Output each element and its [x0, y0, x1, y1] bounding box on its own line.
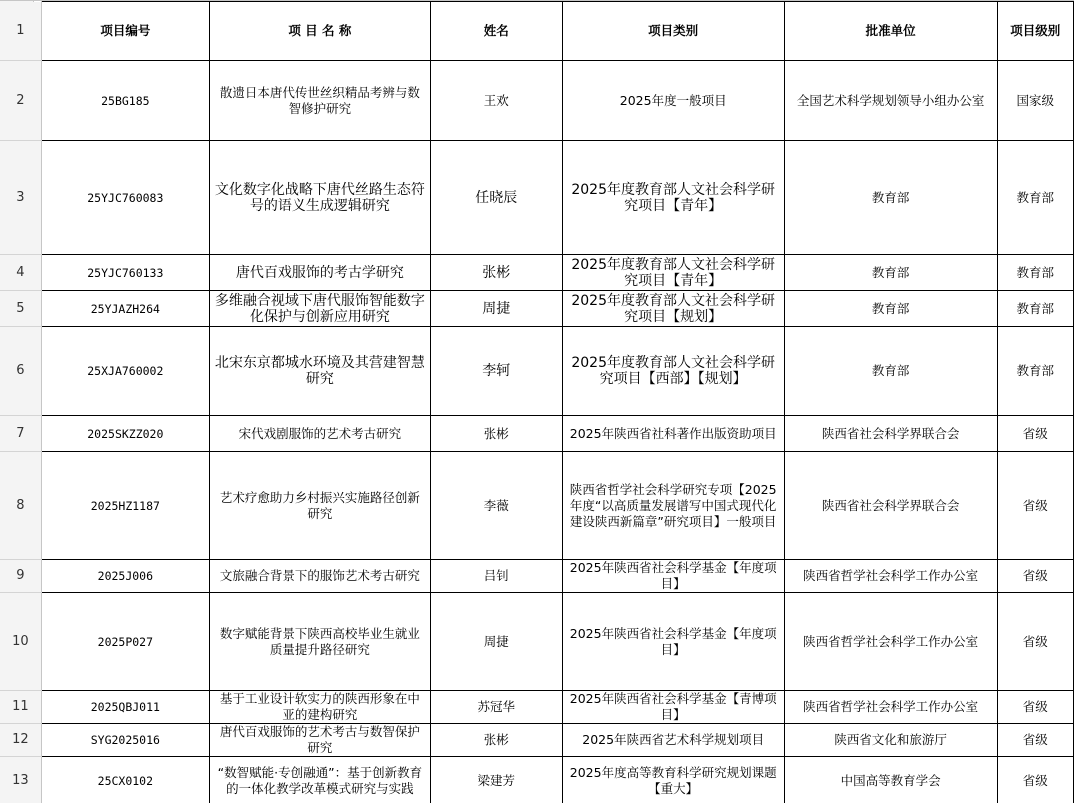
cell-project-name[interactable]: “数智赋能·专创融通”：基于创新教育的一体化教学改革模式研究与实践 [209, 757, 430, 803]
cell-project-category[interactable]: 2025年度一般项目 [562, 61, 784, 141]
row-number[interactable]: 6 [0, 327, 41, 416]
cell-project-code[interactable]: 25XJA760002 [41, 327, 209, 416]
table-row: 4 25YJC760133 唐代百戏服饰的考古学研究 张彬 2025年度教育部人… [0, 255, 1074, 291]
row-number[interactable]: 1 [0, 2, 41, 61]
row-number[interactable]: 9 [0, 560, 41, 593]
cell-project-level[interactable]: 省级 [997, 416, 1073, 452]
cell-project-code[interactable]: 2025QBJ011 [41, 691, 209, 724]
cell-person-name[interactable]: 吕钊 [430, 560, 562, 593]
cell-project-code[interactable]: 25YJC760083 [41, 141, 209, 255]
cell-project-name[interactable]: 唐代百戏服饰的艺术考古与数智保护研究 [209, 724, 430, 757]
cell-project-level[interactable]: 省级 [997, 724, 1073, 757]
cell-project-name[interactable]: 基于工业设计软实力的陕西形象在中亚的建构研究 [209, 691, 430, 724]
table-row: 5 25YJAZH264 多维融合视域下唐代服饰智能数字化保护与创新应用研究 周… [0, 291, 1074, 327]
cell-project-category[interactable]: 2025年度高等教育科学研究规划课题【重大】 [562, 757, 784, 803]
cell-approving-unit[interactable]: 陕西省哲学社会科学工作办公室 [784, 560, 997, 593]
cell-project-name[interactable]: 散遗日本唐代传世丝织精品考辨与数智修护研究 [209, 61, 430, 141]
cell-person-name[interactable]: 张彬 [430, 416, 562, 452]
spreadsheet: 1 项目编号 项 目 名 称 姓名 项目类别 批准单位 项目级别 2 25BG1… [0, 0, 1074, 803]
cell-person-name[interactable]: 苏冠华 [430, 691, 562, 724]
cell-person-name[interactable]: 张彬 [430, 724, 562, 757]
row-number[interactable]: 12 [0, 724, 41, 757]
cell-project-code[interactable]: 25CX0102 [41, 757, 209, 803]
cell-person-name[interactable]: 张彬 [430, 255, 562, 291]
table-row: 12 SYG2025016 唐代百戏服饰的艺术考古与数智保护研究 张彬 2025… [0, 724, 1074, 757]
cell-approving-unit[interactable]: 陕西省文化和旅游厅 [784, 724, 997, 757]
table-row: 7 2025SKZZ020 宋代戏剧服饰的艺术考古研究 张彬 2025年陕西省社… [0, 416, 1074, 452]
cell-project-level[interactable]: 教育部 [997, 255, 1073, 291]
table-row: 6 25XJA760002 北宋东京都城水环境及其营建智慧研究 李轲 2025年… [0, 327, 1074, 416]
cell-project-code[interactable]: 25YJC760133 [41, 255, 209, 291]
cell-project-category[interactable]: 2025年度教育部人文社会科学研究项目【西部】【规划】 [562, 327, 784, 416]
table-row: 9 2025J006 文旅融合背景下的服饰艺术考古研究 吕钊 2025年陕西省社… [0, 560, 1074, 593]
project-table: 1 项目编号 项 目 名 称 姓名 项目类别 批准单位 项目级别 2 25BG1… [0, 1, 1074, 803]
cell-project-level[interactable]: 省级 [997, 452, 1073, 560]
cell-approving-unit[interactable]: 陕西省哲学社会科学工作办公室 [784, 593, 997, 691]
cell-approving-unit[interactable]: 陕西省社会科学界联合会 [784, 416, 997, 452]
table-row: 13 25CX0102 “数智赋能·专创融通”：基于创新教育的一体化教学改革模式… [0, 757, 1074, 803]
cell-approving-unit[interactable]: 陕西省哲学社会科学工作办公室 [784, 691, 997, 724]
cell-project-level[interactable]: 教育部 [997, 141, 1073, 255]
header-project-name[interactable]: 项 目 名 称 [209, 2, 430, 61]
cell-project-category[interactable]: 2025年陕西省社会科学基金【年度项目】 [562, 593, 784, 691]
cell-project-level[interactable]: 教育部 [997, 327, 1073, 416]
table-row: 3 25YJC760083 文化数字化战略下唐代丝路生态符号的语义生成逻辑研究 … [0, 141, 1074, 255]
row-number[interactable]: 7 [0, 416, 41, 452]
cell-project-name[interactable]: 唐代百戏服饰的考古学研究 [209, 255, 430, 291]
header-row: 1 项目编号 项 目 名 称 姓名 项目类别 批准单位 项目级别 [0, 2, 1074, 61]
row-number[interactable]: 13 [0, 757, 41, 803]
table-row: 2 25BG185 散遗日本唐代传世丝织精品考辨与数智修护研究 王欢 2025年… [0, 61, 1074, 141]
row-number[interactable]: 2 [0, 61, 41, 141]
row-number[interactable]: 3 [0, 141, 41, 255]
cell-project-name[interactable]: 宋代戏剧服饰的艺术考古研究 [209, 416, 430, 452]
row-number[interactable]: 4 [0, 255, 41, 291]
cell-project-name[interactable]: 文旅融合背景下的服饰艺术考古研究 [209, 560, 430, 593]
cell-project-category[interactable]: 2025年度教育部人文社会科学研究项目【青年】 [562, 255, 784, 291]
cell-project-level[interactable]: 省级 [997, 593, 1073, 691]
cell-person-name[interactable]: 周捷 [430, 593, 562, 691]
cell-approving-unit[interactable]: 教育部 [784, 327, 997, 416]
table-row: 8 2025HZ1187 艺术疗愈助力乡村振兴实施路径创新研究 李薇 陕西省哲学… [0, 452, 1074, 560]
cell-project-code[interactable]: 25BG185 [41, 61, 209, 141]
cell-project-code[interactable]: 2025SKZZ020 [41, 416, 209, 452]
cell-project-code[interactable]: 2025J006 [41, 560, 209, 593]
table-row: 10 2025P027 数字赋能背景下陕西高校毕业生就业质量提升路径研究 周捷 … [0, 593, 1074, 691]
cell-approving-unit[interactable]: 教育部 [784, 255, 997, 291]
cell-approving-unit[interactable]: 教育部 [784, 291, 997, 327]
cell-approving-unit[interactable]: 中国高等教育学会 [784, 757, 997, 803]
cell-person-name[interactable]: 王欢 [430, 61, 562, 141]
cell-project-category[interactable]: 2025年陕西省社会科学基金【青博项目】 [562, 691, 784, 724]
header-project-code[interactable]: 项目编号 [41, 2, 209, 61]
cell-person-name[interactable]: 李薇 [430, 452, 562, 560]
row-number[interactable]: 10 [0, 593, 41, 691]
row-number[interactable]: 5 [0, 291, 41, 327]
cell-project-name[interactable]: 艺术疗愈助力乡村振兴实施路径创新研究 [209, 452, 430, 560]
header-project-category[interactable]: 项目类别 [562, 2, 784, 61]
cell-approving-unit[interactable]: 教育部 [784, 141, 997, 255]
row-number[interactable]: 11 [0, 691, 41, 724]
cell-project-category[interactable]: 2025年度教育部人文社会科学研究项目【规划】 [562, 291, 784, 327]
cell-approving-unit[interactable]: 陕西省社会科学界联合会 [784, 452, 997, 560]
cell-approving-unit[interactable]: 全国艺术科学规划领导小组办公室 [784, 61, 997, 141]
cell-project-name[interactable]: 多维融合视域下唐代服饰智能数字化保护与创新应用研究 [209, 291, 430, 327]
table-row: 11 2025QBJ011 基于工业设计软实力的陕西形象在中亚的建构研究 苏冠华… [0, 691, 1074, 724]
header-person-name[interactable]: 姓名 [430, 2, 562, 61]
cell-person-name[interactable]: 李轲 [430, 327, 562, 416]
cell-project-code[interactable]: SYG2025016 [41, 724, 209, 757]
cell-project-category[interactable]: 2025年陕西省社会科学基金【年度项目】 [562, 560, 784, 593]
cell-person-name[interactable]: 任晓辰 [430, 141, 562, 255]
cell-project-category[interactable]: 2025年陕西省社科著作出版资助项目 [562, 416, 784, 452]
cell-project-code[interactable]: 2025HZ1187 [41, 452, 209, 560]
cell-project-code[interactable]: 2025P027 [41, 593, 209, 691]
cell-project-level[interactable]: 国家级 [997, 61, 1073, 141]
cell-project-category[interactable]: 2025年度教育部人文社会科学研究项目【青年】 [562, 141, 784, 255]
cell-person-name[interactable]: 周捷 [430, 291, 562, 327]
cell-project-name[interactable]: 文化数字化战略下唐代丝路生态符号的语义生成逻辑研究 [209, 141, 430, 255]
header-project-level[interactable]: 项目级别 [997, 2, 1073, 61]
cell-person-name[interactable]: 梁建芳 [430, 757, 562, 803]
cell-project-category[interactable]: 2025年陕西省艺术科学规划项目 [562, 724, 784, 757]
cell-project-level[interactable]: 省级 [997, 757, 1073, 803]
cell-project-category[interactable]: 陕西省哲学社会科学研究专项【2025年度“以高质量发展谱写中国式现代化建设陕西新… [562, 452, 784, 560]
cell-project-name[interactable]: 北宋东京都城水环境及其营建智慧研究 [209, 327, 430, 416]
row-number[interactable]: 8 [0, 452, 41, 560]
cell-project-level[interactable]: 教育部 [997, 291, 1073, 327]
cell-project-level[interactable]: 省级 [997, 560, 1073, 593]
cell-project-name[interactable]: 数字赋能背景下陕西高校毕业生就业质量提升路径研究 [209, 593, 430, 691]
header-approving-unit[interactable]: 批准单位 [784, 2, 997, 61]
cell-project-code[interactable]: 25YJAZH264 [41, 291, 209, 327]
cell-project-level[interactable]: 省级 [997, 691, 1073, 724]
